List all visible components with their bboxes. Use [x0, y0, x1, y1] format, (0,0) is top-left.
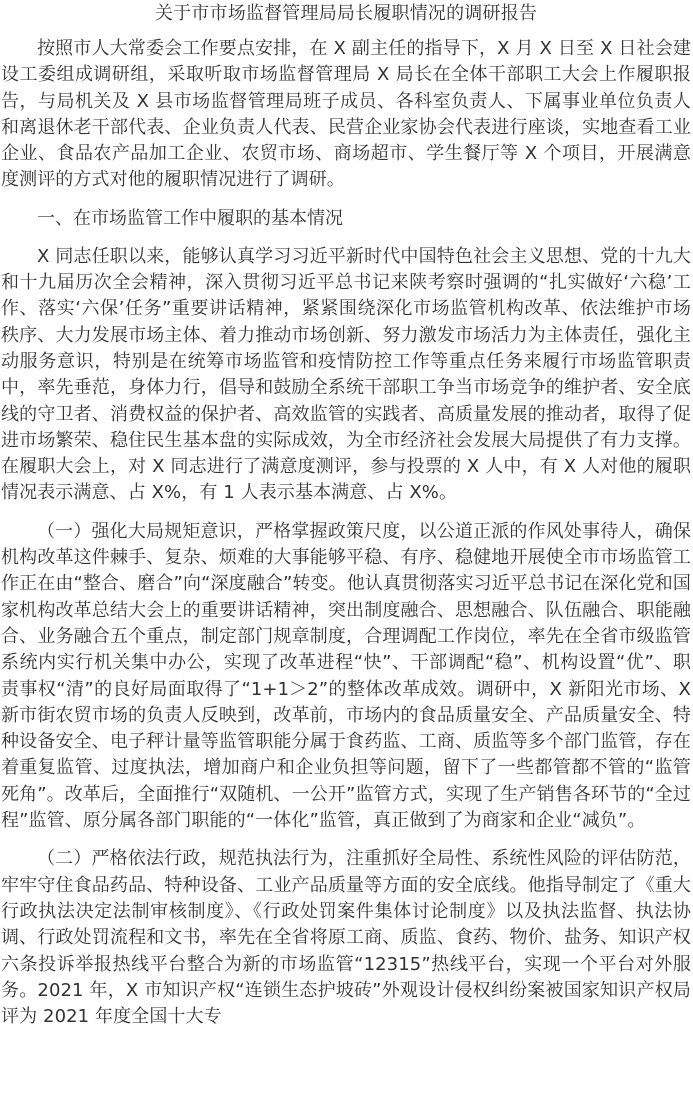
document-title: 关于市市场监督管理局局长履职情况的调研报告	[1, 1, 691, 27]
intro-paragraph: 按照市人大常委会工作要点安排，在 X 副主任的指导下，X 月 X 日至 X 日社…	[1, 36, 691, 194]
subsection-1-paragraph: （一）强化大局规矩意识，严格掌握政策尺度，以公道正派的作风处事待人，确保机构改革…	[1, 519, 691, 835]
subsection-2-paragraph: （二）严格依法行政，规范执法行为，注重抓好全局性、系统性风险的评估防范，牢牢守住…	[1, 846, 691, 1030]
section-heading-1: 一、在市场监管工作中履职的基本情况	[1, 206, 691, 232]
basic-situation-paragraph: X 同志任职以来，能够认真学习习近平新时代中国特色社会主义思想、党的十九大和十九…	[1, 244, 691, 507]
document-page: 关于市市场监督管理局局长履职情况的调研报告 按照市人大常委会工作要点安排，在 X…	[0, 1, 693, 1030]
